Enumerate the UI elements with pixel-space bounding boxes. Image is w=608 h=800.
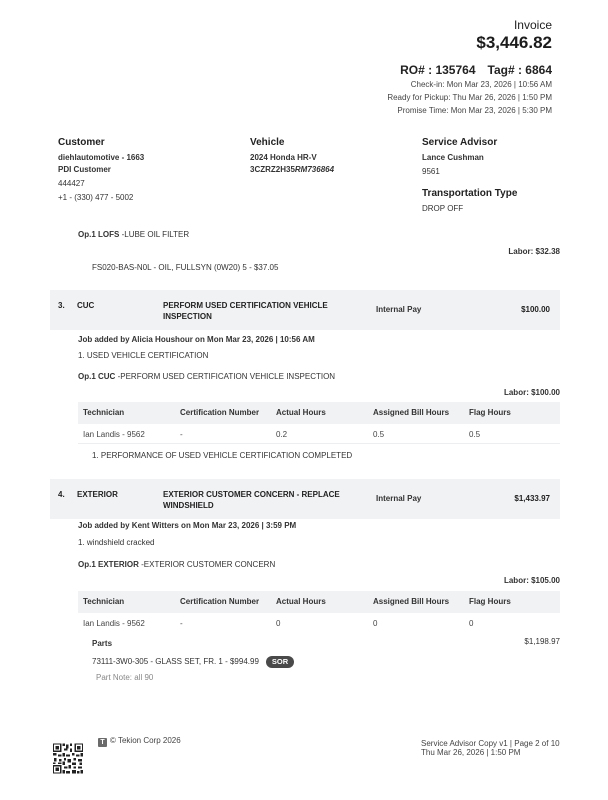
job-concern: 1. USED VEHICLE CERTIFICATION: [78, 350, 208, 361]
customer-id: 444427: [58, 178, 144, 190]
job-labor: Labor: $100.00: [504, 387, 560, 398]
invoice-header: Invoice $3,446.82 RO# : 135764Tag# : 686…: [387, 18, 552, 117]
table-row: Ian Landis - 9562 - 0 0 0: [78, 613, 560, 633]
service-advisor-id: 9561: [422, 166, 517, 178]
job-description: EXTERIOR CUSTOMER CONCERN - REPLACEWINDS…: [163, 489, 340, 511]
job-number: 3.: [58, 300, 65, 311]
job-labor: Labor: $105.00: [504, 575, 560, 586]
job-added-by: Job added by Kent Witters on Mon Mar 23,…: [78, 520, 296, 531]
job-added-by: Job added by Alicia Houshour on Mon Mar …: [78, 334, 315, 345]
footer-copyright: T© Tekion Corp 2026: [98, 735, 181, 747]
vehicle-section: Vehicle 2024 Honda HR-V 3CZRZ2H35RM73686…: [250, 136, 334, 176]
vehicle-model: 2024 Honda HR-V: [250, 152, 334, 164]
service-advisor-name: Lance Cushman: [422, 152, 517, 164]
customer-type: PDI Customer: [58, 164, 144, 176]
job-code: EXTERIOR: [77, 489, 118, 500]
prev-part-line: FS020-BAS-N0L - OIL, FULLSYN (0W20) 5 - …: [92, 262, 278, 273]
prev-labor: Labor: $32.38: [508, 246, 560, 257]
technician-table-job-3: Technician Certification Number Actual H…: [78, 402, 560, 444]
transportation-value: DROP OFF: [422, 203, 517, 215]
parts-total: $1,198.97: [524, 636, 560, 647]
job-description: PERFORM USED CERTIFICATION VEHICLEINSPEC…: [163, 300, 328, 322]
job-number: 4.: [58, 489, 65, 500]
vehicle-title: Vehicle: [250, 136, 334, 150]
ro-number: RO# : 135764: [400, 63, 475, 77]
vin-suffix: RM736864: [295, 165, 334, 174]
job-concern: 1. windshield cracked: [78, 537, 154, 548]
sor-badge: SOR: [266, 656, 294, 668]
technician-table-header: Technician Certification Number Actual H…: [78, 591, 560, 613]
job-op-line: Op.1 EXTERIOR -EXTERIOR CUSTOMER CONCERN: [78, 559, 275, 570]
promise-time: Promise Time: Mon Mar 23, 2026 | 5:30 PM: [387, 104, 552, 117]
job-pay-type: Internal Pay: [376, 304, 421, 315]
part-line: 73111-3W0-305 - GLASS SET, FR. 1 - $994.…: [92, 656, 294, 668]
customer-name: diehlautomotive - 1663: [58, 152, 144, 164]
job-op-line: Op.1 CUC -PERFORM USED CERTIFICATION VEH…: [78, 371, 335, 382]
invoice-total: $3,446.82: [387, 32, 552, 54]
job-story: 1. PERFORMANCE OF USED VEHICLE CERTIFICA…: [92, 450, 352, 461]
qr-code-icon: [53, 740, 83, 777]
ro-tag-line: RO# : 135764Tag# : 6864: [387, 63, 552, 78]
transportation-title: Transportation Type: [422, 187, 517, 201]
vin-prefix: 3CZRZ2H35: [250, 165, 295, 174]
technician-table-job-4: Technician Certification Number Actual H…: [78, 591, 560, 633]
prev-op-line: Op.1 LOFS -LUBE OIL FILTER: [78, 229, 189, 240]
customer-phone: +1 - (330) 477 - 5002: [58, 192, 144, 204]
part-note: Part Note: all 90: [96, 672, 153, 683]
job-pay-type: Internal Pay: [376, 493, 421, 504]
part-description: 73111-3W0-305 - GLASS SET, FR. 1 - $994.…: [92, 657, 259, 666]
prev-op-desc: -LUBE OIL FILTER: [122, 230, 190, 239]
job-row-3: 3. CUC PERFORM USED CERTIFICATION VEHICL…: [50, 290, 560, 330]
job-amount: $1,433.97: [514, 493, 550, 504]
customer-section: Customer diehlautomotive - 1663 PDI Cust…: [58, 136, 144, 204]
job-amount: $100.00: [521, 304, 550, 315]
invoice-label: Invoice: [387, 18, 552, 32]
ready-for-pickup-time: Ready for Pickup: Thu Mar 26, 2026 | 1:5…: [387, 91, 552, 104]
technician-table-header: Technician Certification Number Actual H…: [78, 402, 560, 424]
footer-printed-time: Thu Mar 26, 2026 | 1:50 PM: [421, 747, 520, 758]
tekion-logo-icon: T: [98, 738, 107, 747]
prev-op-code: Op.1 LOFS: [78, 230, 119, 239]
service-advisor-title: Service Advisor: [422, 136, 517, 150]
customer-title: Customer: [58, 136, 144, 150]
job-code: CUC: [77, 300, 94, 311]
job-row-4: 4. EXTERIOR EXTERIOR CUSTOMER CONCERN - …: [50, 479, 560, 519]
service-advisor-section: Service Advisor Lance Cushman 9561 Trans…: [422, 136, 517, 215]
check-in-time: Check-in: Mon Mar 23, 2026 | 10:56 AM: [387, 78, 552, 91]
vehicle-vin: 3CZRZ2H35RM736864: [250, 164, 334, 176]
tag-number: Tag# : 6864: [488, 63, 552, 77]
parts-label: Parts: [92, 638, 112, 649]
table-row: Ian Landis - 9562 - 0.2 0.5 0.5: [78, 424, 560, 444]
